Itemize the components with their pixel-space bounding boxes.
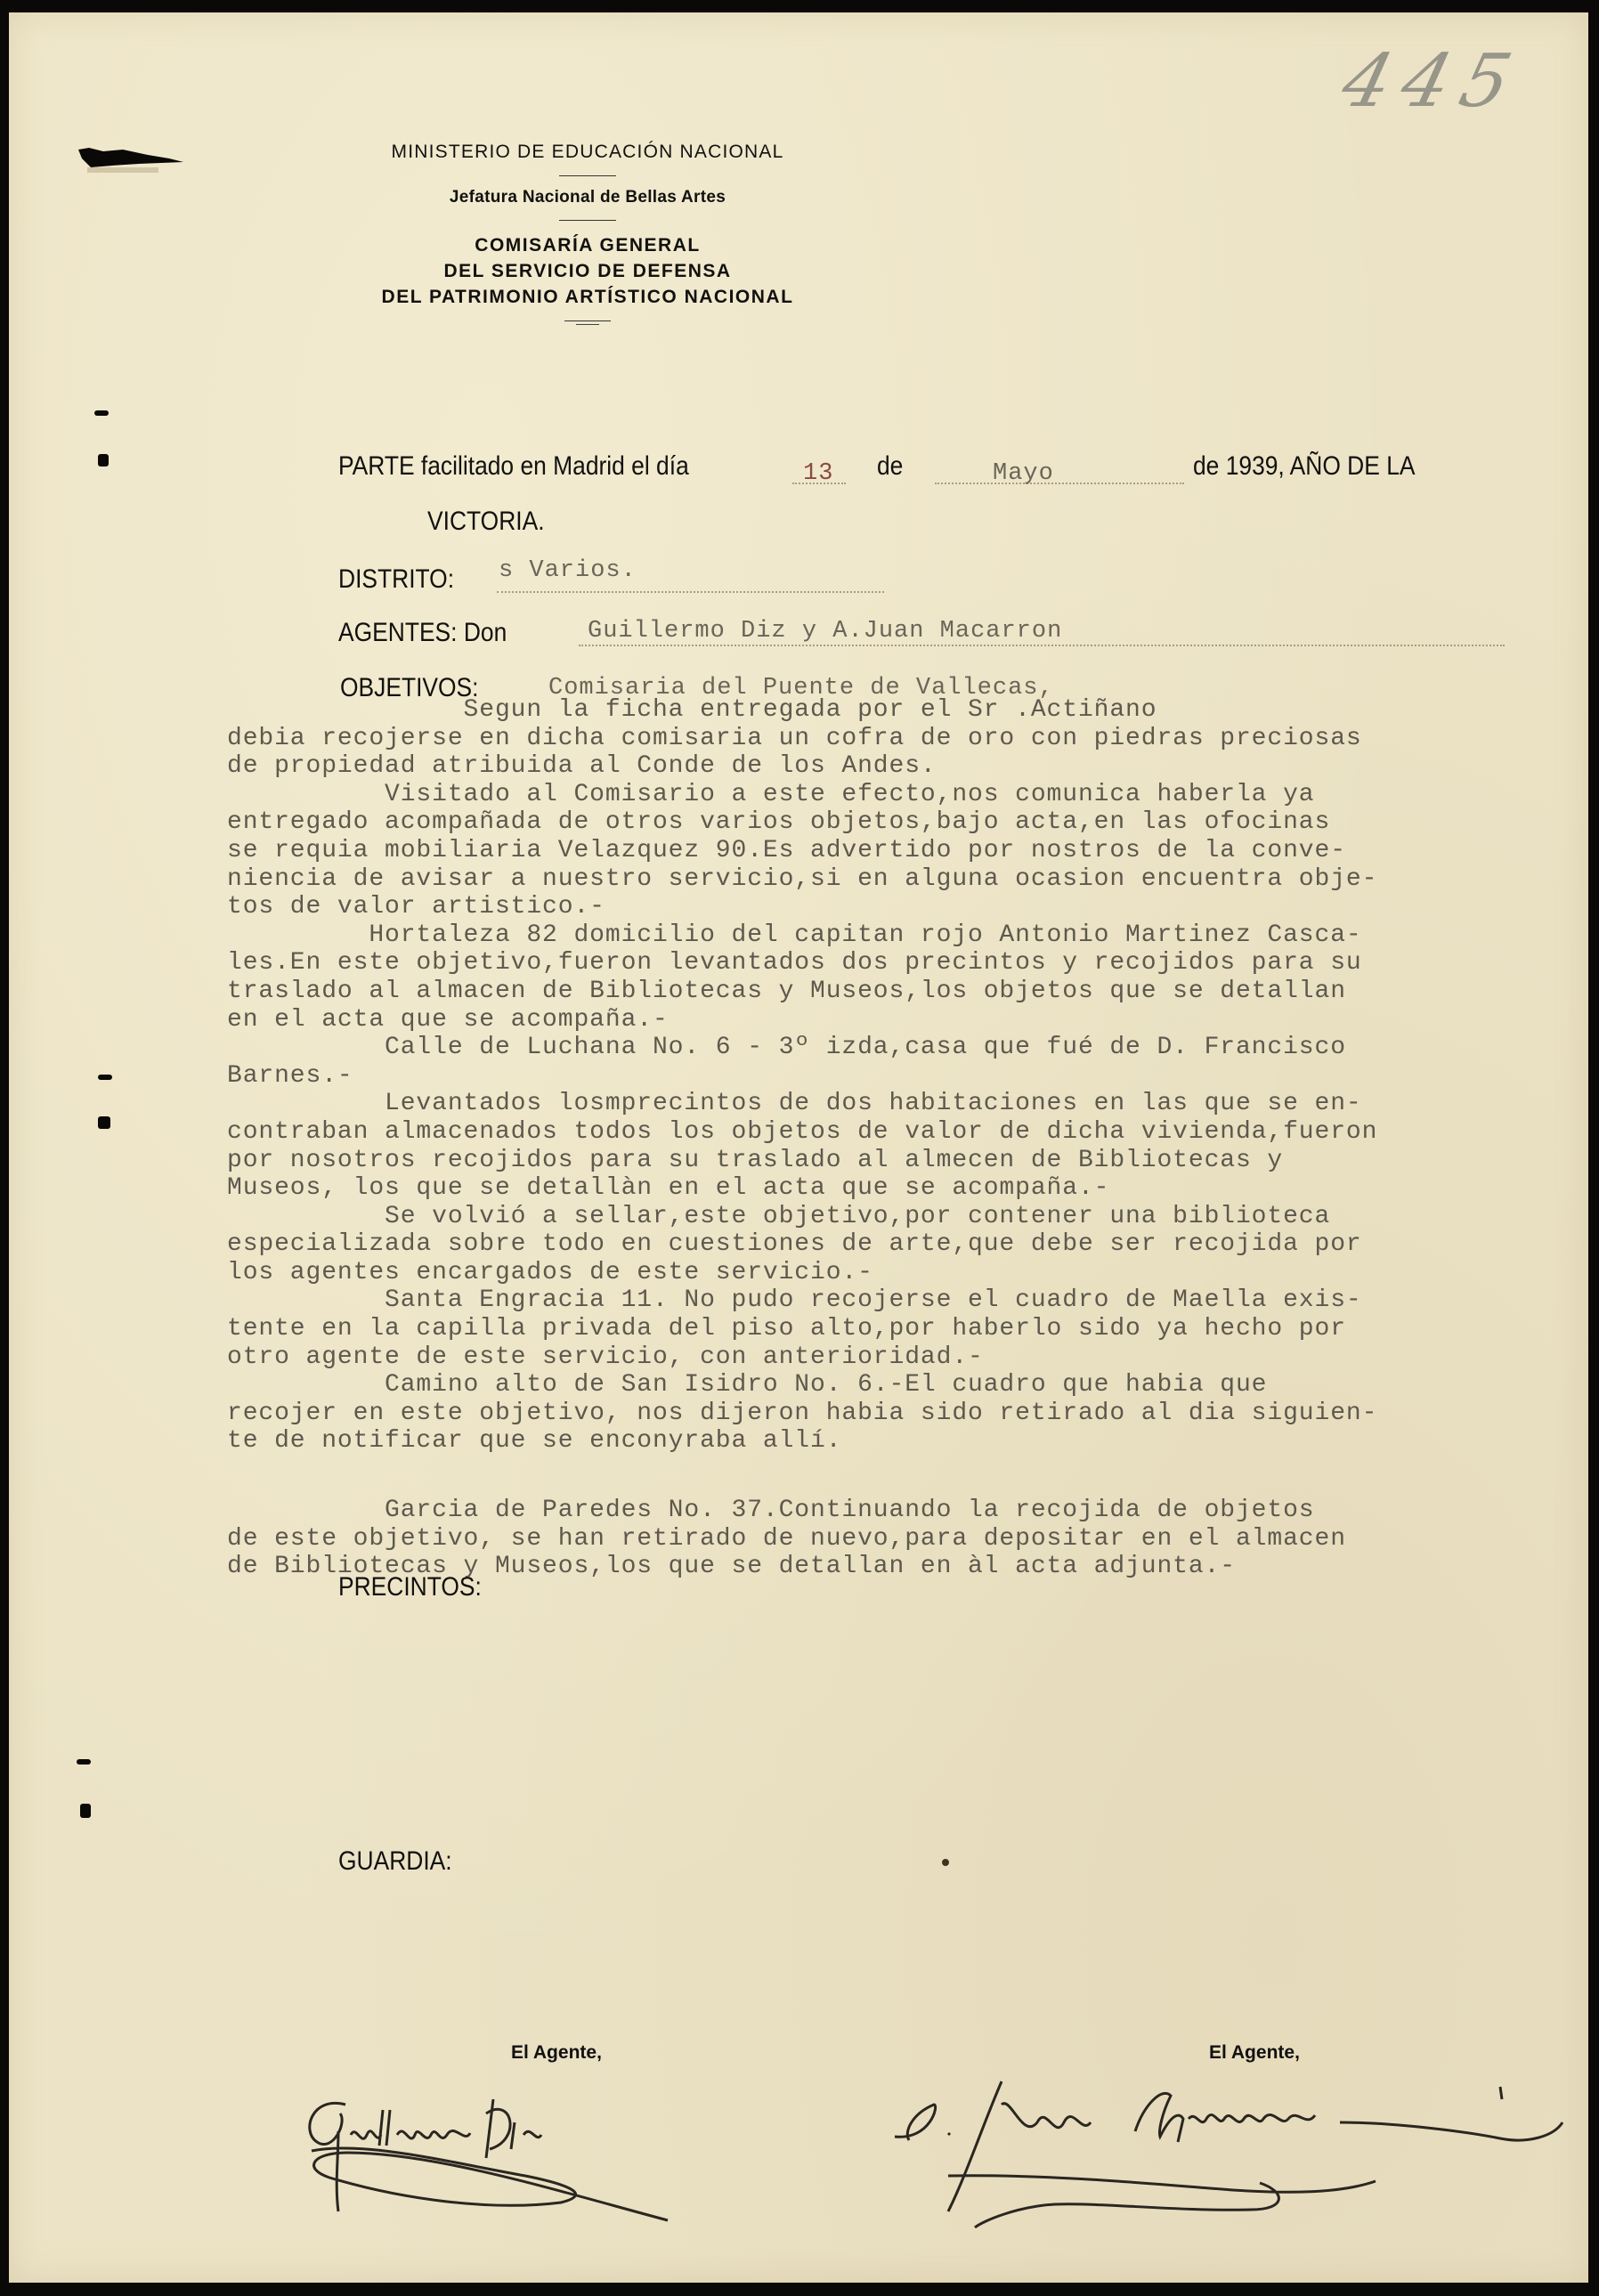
de-label: de: [877, 451, 903, 482]
body-line: Levantados losmprecintos de dos habitaci…: [227, 1090, 1536, 1118]
punch-hole-mark: [94, 410, 109, 416]
body-line: Barnes.-: [227, 1062, 1536, 1091]
comisaria-line-1: COMISARÍA GENERAL: [347, 232, 828, 258]
divider: [564, 320, 611, 321]
guardia-label: GUARDIA:: [338, 1846, 452, 1877]
body-line: te de notificar que se enconyraba allí.: [227, 1427, 1536, 1456]
document-page: 445 MINISTERIO DE EDUCACIÓN NACIONAL Jef…: [9, 12, 1588, 2283]
victoria-label: VICTORIA.: [427, 507, 545, 537]
body-line: recojer en este objetivo, nos dijeron ha…: [227, 1400, 1536, 1428]
body-line: Calle de Luchana No. 6 - 3º izda,casa qu…: [227, 1034, 1536, 1062]
body-line: de este objetivo, se han retirado de nue…: [227, 1525, 1536, 1554]
body-line: les.En este objetivo,fueron levantados d…: [227, 949, 1536, 978]
letterhead: MINISTERIO DE EDUCACIÓN NACIONAL Jefatur…: [347, 142, 828, 325]
body-line: los agentes encargados de este servicio.…: [227, 1259, 1536, 1287]
comisaria-line-3: DEL PATRIMONIO ARTÍSTICO NACIONAL: [347, 284, 828, 310]
agent-label-left: El Agente,: [511, 2042, 602, 2064]
month-value: Mayo: [993, 460, 1054, 487]
body-line: Garcia de Paredes No. 37.Continuando la …: [227, 1497, 1536, 1525]
divider: [576, 324, 599, 325]
body-line: entregado acompañada de otros varios obj…: [227, 808, 1536, 837]
distrito-dotline: [497, 591, 884, 593]
body-line: Museos, los que se detallàn en el acta q…: [227, 1174, 1536, 1203]
divider: [559, 175, 616, 176]
punch-hole-mark: [98, 1116, 110, 1129]
signature-guillermo-diz-icon: [294, 2078, 846, 2229]
body-line: de propiedad atribuida al Conde de los A…: [227, 752, 1536, 781]
body-line: debia recojerse en dicha comisaria un co…: [227, 725, 1536, 753]
body-line: otro agente de este servicio, con anteri…: [227, 1343, 1536, 1372]
parte-label: PARTE facilitado en Madrid el día: [338, 451, 689, 482]
jefatura-title: Jefatura Nacional de Bellas Artes: [347, 188, 828, 207]
body-line: se requia mobiliaria Velazquez 90.Es adv…: [227, 837, 1536, 865]
body-line: tos de valor artistico.-: [227, 893, 1536, 921]
body-line: tente en la capilla privada del piso alt…: [227, 1315, 1536, 1343]
punch-hole-mark: [80, 1804, 91, 1818]
agentes-dotline: [579, 645, 1505, 646]
punch-hole-mark: [77, 1759, 91, 1765]
body-line: en el acta que se acompaña.-: [227, 1006, 1536, 1034]
agentes-label: AGENTES: Don: [338, 618, 507, 648]
signature-juan-macarron-icon: [877, 2069, 1580, 2229]
body-line: Visitado al Comisario a este efecto,nos …: [227, 781, 1536, 809]
body-line: especializada sobre todo en cuestiones d…: [227, 1230, 1536, 1259]
body-line: Se volvió a sellar,este objetivo,por con…: [227, 1203, 1536, 1231]
agent-label-right: El Agente,: [1209, 2042, 1300, 2064]
body-line: niencia de avisar a nuestro servicio,si …: [227, 865, 1536, 894]
tear-mark-icon: [77, 146, 185, 173]
distrito-label: DISTRITO:: [338, 564, 454, 595]
comisaria-line-2: DEL SERVICIO DE DEFENSA: [347, 258, 828, 284]
ink-dot: [942, 1859, 949, 1866]
precintos-label: PRECINTOS:: [338, 1572, 482, 1602]
divider: [559, 220, 616, 221]
punch-hole-mark: [98, 1075, 112, 1080]
report-body: Segun la ficha entregada por el Sr .Acti…: [227, 696, 1536, 1581]
body-line: por nosotros recojidos para su traslado …: [227, 1147, 1536, 1175]
body-line: Hortaleza 82 domicilio del capitan rojo …: [227, 921, 1536, 950]
body-line: Santa Engracia 11. No pudo recojerse el …: [227, 1286, 1536, 1315]
day-value: 13: [803, 460, 833, 487]
blank-line: [227, 1456, 1536, 1497]
body-line: Camino alto de San Isidro No. 6.-El cuad…: [227, 1371, 1536, 1400]
body-line: traslado al almacen de Bibliotecas y Mus…: [227, 978, 1536, 1006]
year-label: de 1939, AÑO DE LA: [1193, 451, 1415, 482]
folio-number: 445: [1334, 39, 1531, 124]
month-dotline: [935, 483, 1184, 484]
body-line: contraban almacenados todos los objetos …: [227, 1118, 1536, 1147]
body-line: Segun la ficha entregada por el Sr .Acti…: [227, 696, 1536, 725]
distrito-value: s Varios.: [499, 557, 637, 584]
punch-hole-mark: [98, 454, 109, 467]
agentes-value: Guillermo Diz y A.Juan Macarron: [588, 618, 1062, 645]
ministry-title: MINISTERIO DE EDUCACIÓN NACIONAL: [347, 142, 828, 163]
